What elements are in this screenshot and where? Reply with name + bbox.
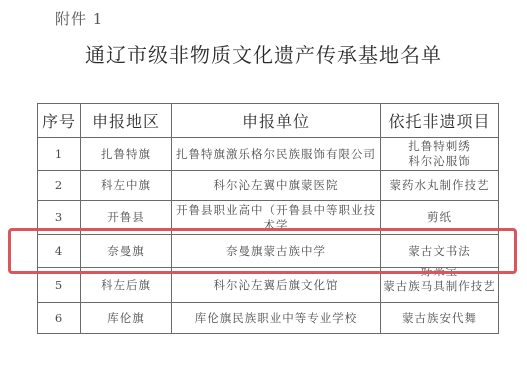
header-region: 申报地区 <box>81 104 172 138</box>
table-row: 5 科左后旗 科尔沁左翼后旗文化馆 好来宝 蒙古族马具制作技艺 <box>38 268 499 303</box>
cell-project: 蒙药水丸制作技艺 <box>381 171 499 201</box>
table-row: 3 开鲁县 开鲁县职业高中（开鲁县中等职业技术学 校、开鲁县技工学校） 剪纸 <box>38 201 499 235</box>
project-line: 科尔沁服饰 <box>381 154 498 169</box>
project-text-wrap: 好来宝 蒙古族马具制作技艺 <box>381 268 498 302</box>
unit-line: 开鲁县职业高中（开鲁县中等职业技术学 <box>172 203 380 233</box>
cell-unit: 科尔沁左翼后旗文化馆 <box>172 268 381 303</box>
cell-number: 1 <box>38 138 81 171</box>
cell-project: 蒙古族安代舞 <box>381 303 499 334</box>
table-row-highlighted: 4 奈曼旗 奈曼旗蒙古族中学 蒙古文书法 <box>38 235 499 268</box>
header-unit: 申报单位 <box>172 104 381 138</box>
cell-unit: 扎鲁特旗激乐格尔民族服饰有限公司 <box>172 138 381 171</box>
cell-number: 3 <box>38 201 81 235</box>
document-title: 通辽市级非物质文化遗产传承基地名单 <box>0 39 527 68</box>
header-project: 依托非遗项目 <box>381 104 499 138</box>
cell-project: 好来宝 蒙古族马具制作技艺 <box>381 268 499 303</box>
attachment-label: 附件 1 <box>55 8 103 29</box>
cell-number: 2 <box>38 171 81 201</box>
table-row: 2 科左中旗 科尔沁左翼中旗蒙医院 蒙药水丸制作技艺 <box>38 171 499 201</box>
table-row: 6 库伦旗 库伦旗民族职业中等专业学校 蒙古族安代舞 <box>38 303 499 334</box>
cell-region: 科左后旗 <box>81 268 172 303</box>
project-line: 蒙古族马具制作技艺 <box>381 279 498 294</box>
cell-region: 库伦旗 <box>81 303 172 334</box>
cell-unit: 开鲁县职业高中（开鲁县中等职业技术学 校、开鲁县技工学校） <box>172 201 381 235</box>
cell-unit: 奈曼旗蒙古族中学 <box>172 235 381 268</box>
table-row: 1 扎鲁特旗 扎鲁特旗激乐格尔民族服饰有限公司 扎鲁特刺绣 科尔沁服饰 <box>38 138 499 171</box>
header-number: 序号 <box>38 104 81 138</box>
heritage-base-table: 序号 申报地区 申报单位 依托非遗项目 1 扎鲁特旗 扎鲁特旗激乐格尔民族服饰有… <box>37 103 499 334</box>
project-line: 好来宝 <box>381 268 498 279</box>
cell-unit: 科尔沁左翼中旗蒙医院 <box>172 171 381 201</box>
cell-region: 科左中旗 <box>81 171 172 201</box>
cell-region: 扎鲁特旗 <box>81 138 172 171</box>
cell-number: 6 <box>38 303 81 334</box>
unit-text-wrap: 开鲁县职业高中（开鲁县中等职业技术学 校、开鲁县技工学校） <box>172 201 380 234</box>
project-line: 扎鲁特刺绣 <box>381 139 498 154</box>
cell-unit: 库伦旗民族职业中等专业学校 <box>172 303 381 334</box>
cell-number: 5 <box>38 268 81 303</box>
cell-project: 剪纸 <box>381 201 499 235</box>
cell-region: 开鲁县 <box>81 201 172 235</box>
table-header-row: 序号 申报地区 申报单位 依托非遗项目 <box>38 104 499 138</box>
cell-project: 扎鲁特刺绣 科尔沁服饰 <box>381 138 499 171</box>
cell-project: 蒙古文书法 <box>381 235 499 268</box>
cell-number: 4 <box>38 235 81 268</box>
cell-region: 奈曼旗 <box>81 235 172 268</box>
